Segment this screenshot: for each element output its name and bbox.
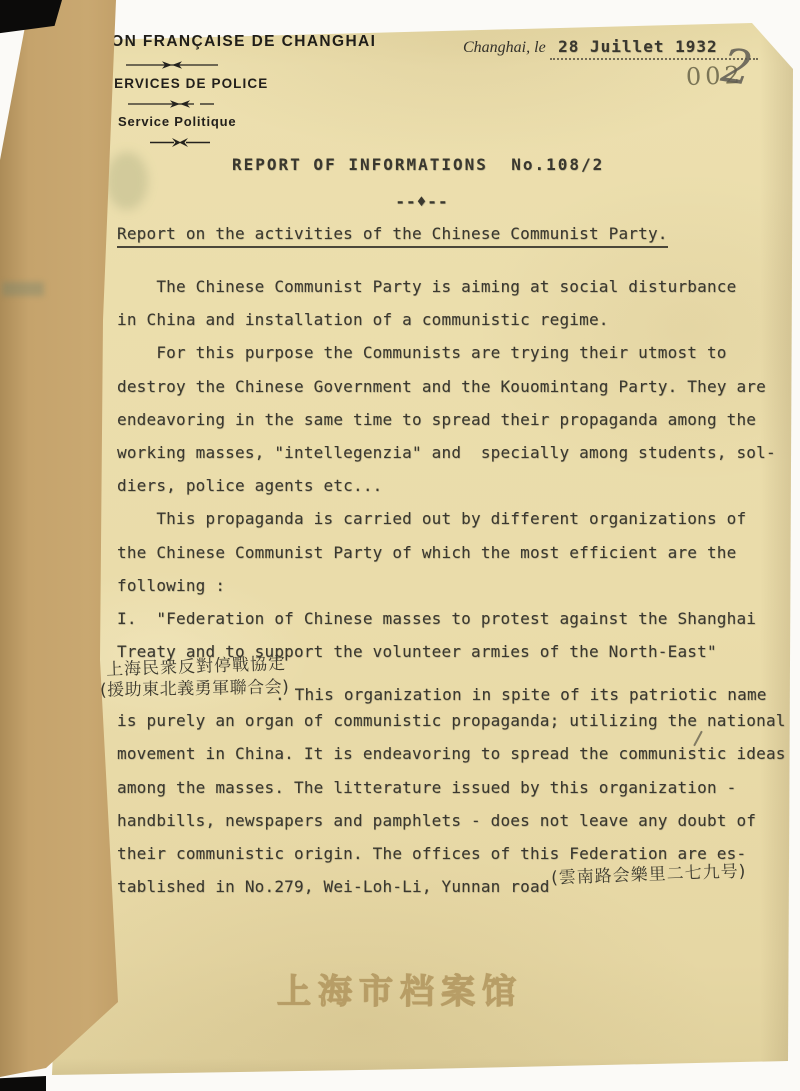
typed-line: following : <box>117 576 787 609</box>
archive-watermark: 上海市档案馆 <box>0 964 800 1013</box>
typed-line: The Chinese Communist Party is aiming at… <box>117 277 787 310</box>
handwritten-chinese-org-line2: (援助東北義勇軍聯合会) <box>100 672 290 700</box>
typed-line: handbills, newspapers and pamphlets - do… <box>117 811 787 844</box>
typed-line: in China and installation of a communist… <box>117 310 787 343</box>
typed-line: This propaganda is carried out by differ… <box>117 509 787 542</box>
dateline: Changhai, le 28 Juillet 1932 <box>463 37 758 60</box>
typed-line: destroy the Chinese Government and the K… <box>117 377 787 410</box>
typed-line: movement in China. It is endeavoring to … <box>117 744 787 777</box>
letterhead-department: SERVICES DE POLICE <box>104 76 268 91</box>
typed-line: the Chinese Communist Party of which the… <box>117 543 787 576</box>
letterhead-service: Service Politique <box>118 114 236 129</box>
typed-line: For this purpose the Communists are tryi… <box>117 343 787 376</box>
dateline-place: Changhai, le <box>463 39 546 56</box>
typed-line: diers, police agents etc... <box>117 476 787 509</box>
scanner-corner-bottom-left <box>0 1076 46 1091</box>
binding-stain <box>2 282 44 296</box>
typed-line: endeavoring in the same time to spread t… <box>117 410 787 443</box>
divider-flourish-icon <box>128 97 214 115</box>
typed-line: among the masses. The litterature issued… <box>117 778 787 811</box>
divider-flourish-icon <box>124 58 220 76</box>
report-body: The Chinese Communist Party is aiming at… <box>117 277 787 910</box>
document-scan: NCESSION FRANÇAISE DE CHANGHAI SERVICES … <box>0 0 800 1091</box>
typed-line: I. "Federation of Chinese masses to prot… <box>117 609 787 642</box>
report-subject: Report on the activities of the Chinese … <box>117 224 668 248</box>
divider-flourish-icon <box>148 136 212 154</box>
report-title: REPORT OF INFORMATIONS No.108/2 <box>232 155 604 174</box>
typed-line: is purely an organ of communistic propag… <box>117 711 787 744</box>
typed-line: working masses, "intellegenzia" and spec… <box>117 443 787 476</box>
page-content: NCESSION FRANÇAISE DE CHANGHAI SERVICES … <box>0 0 800 1091</box>
ink-smudge <box>106 152 148 210</box>
title-ornament: --♦-- <box>352 192 492 211</box>
